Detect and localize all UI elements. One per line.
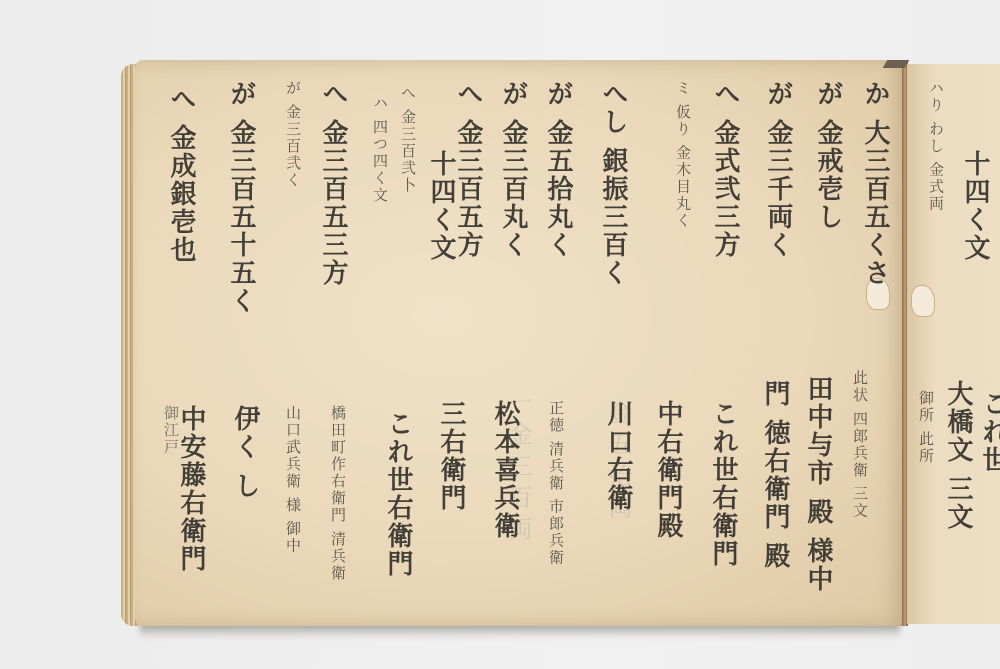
text-column: へ 金成銀壱也 [168, 85, 194, 264]
text-column: 田中与市 殿 様中 [805, 375, 831, 593]
text-column: 川口右衛 [605, 400, 631, 512]
text-column: 此状 四郎兵衛 三文 [852, 370, 867, 520]
text-column: へ 金式弐三方 [712, 80, 738, 259]
worm-hole [911, 285, 935, 317]
text-column: が 金三百五十五く [228, 80, 254, 315]
spine-gap [883, 60, 910, 68]
right-page [907, 64, 1000, 624]
text-column: 中安藤右衛門 [178, 405, 204, 573]
text-column: ハ 四つ四く文 [372, 95, 387, 204]
text-column: が 金戒壱し [815, 80, 841, 231]
text-column: ハり わし 金式両 [928, 80, 943, 213]
text-column: 山口武兵衛 様 御中 [285, 405, 300, 555]
text-column: 中右衛門殿 [655, 400, 681, 540]
text-column: 橋田町作右衛門 清兵衛 [330, 405, 345, 582]
text-column: へ 金三百弐卜 [400, 85, 415, 194]
text-column: 三右衛門 [438, 400, 464, 512]
text-column: へ 金三百五三方 [320, 80, 346, 287]
text-column: か 大三百五くさ [862, 80, 888, 287]
text-column: 御所 此所 [918, 390, 933, 465]
text-column: が 金三千両く [765, 80, 791, 259]
text-column: 御江戸 [163, 405, 178, 456]
text-column: が 金三百弐く [285, 80, 300, 189]
text-column: これ世右衛門 [710, 400, 736, 568]
text-column: ミ 仮り 金木目丸く [675, 80, 690, 230]
text-column: 十四く文 [962, 150, 988, 262]
text-column: これ世右衛門 [385, 410, 411, 578]
text-column: へし 銀振三百く [600, 80, 626, 287]
text-column: これ世 [980, 390, 1000, 474]
text-column: 伊く し [232, 405, 258, 500]
text-column: へ 金三百五方 [455, 80, 481, 259]
text-column: 松本喜兵衛 [492, 400, 518, 540]
text-column: 門 徳右衛門 殿 [762, 380, 788, 570]
text-column: 十四く文 [428, 150, 454, 262]
text-column: 正徳 清兵衛 市郎兵衛 [548, 400, 563, 567]
text-column: が 金三百丸く [500, 80, 526, 259]
text-column: 大橋文 三文 [945, 380, 971, 531]
text-column: が 金五拾丸く [545, 80, 571, 259]
